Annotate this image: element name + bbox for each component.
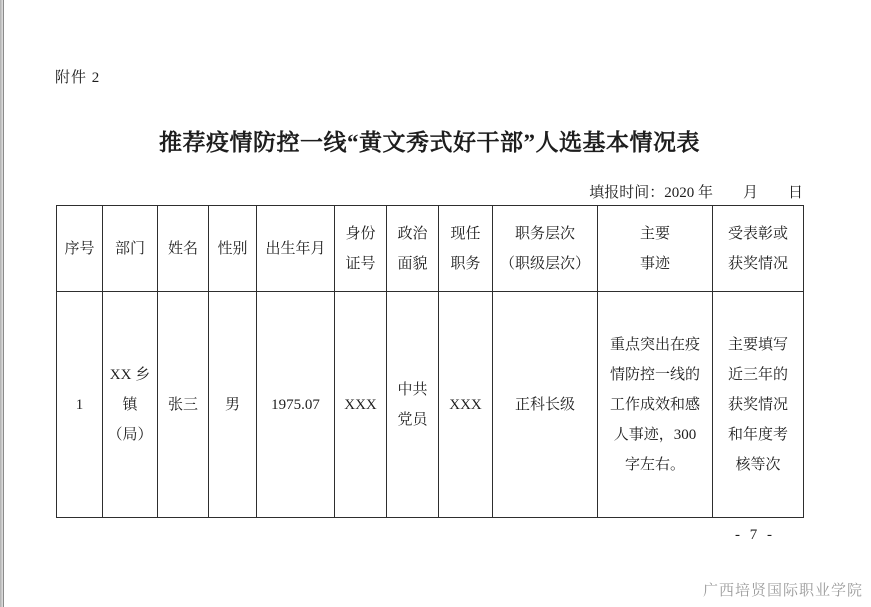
header-name: 姓名 [158, 206, 209, 292]
cell-id-number: XXX [335, 292, 387, 518]
header-awards: 受表彰或 获奖情况 [713, 206, 804, 292]
page-title: 推荐疫情防控一线“黄文秀式好干部”人选基本情况表 [56, 124, 803, 157]
cell-name: 张三 [158, 292, 209, 518]
cell-awards: 主要填写 近三年的 获奖情况 和年度考 核等次 [713, 292, 804, 518]
cell-current-position: XXX [439, 292, 493, 518]
header-position-level: 职务层次 （职级层次） [493, 206, 598, 292]
header-id-number: 身份 证号 [335, 206, 387, 292]
cell-main-deeds: 重点突出在疫 情防控一线的 工作成效和感 人事迹，300 字左右。 [598, 292, 713, 518]
fill-date-line: 填报时间：2020 年 月 日 [56, 181, 803, 202]
header-current-position: 现任 职务 [439, 206, 493, 292]
cell-gender: 男 [209, 292, 257, 518]
header-gender: 性别 [209, 206, 257, 292]
attachment-label: 附件 2 [55, 66, 100, 87]
table-header-row: 序号 部门 姓名 性别 出生年月 身份 证号 政治 面貌 现任 职务 职务层次 … [57, 206, 804, 292]
cell-department: XX 乡 镇 （局） [103, 292, 158, 518]
header-department: 部门 [103, 206, 158, 292]
page-left-edge [0, 0, 4, 607]
header-political-status: 政治 面貌 [387, 206, 439, 292]
header-birth-date: 出生年月 [257, 206, 335, 292]
candidate-info-table: 序号 部门 姓名 性别 出生年月 身份 证号 政治 面貌 现任 职务 职务层次 … [56, 205, 804, 518]
cell-position-level: 正科长级 [493, 292, 598, 518]
page-number: - 7 - [705, 527, 805, 544]
header-main-deeds: 主要 事迹 [598, 206, 713, 292]
cell-political-status: 中共 党员 [387, 292, 439, 518]
header-serial-number: 序号 [57, 206, 103, 292]
cell-serial-number: 1 [57, 292, 103, 518]
cell-birth-date: 1975.07 [257, 292, 335, 518]
table-data-row: 1 XX 乡 镇 （局） 张三 男 1975.07 XXX 中共 党员 XXX … [57, 292, 804, 518]
watermark-school-name: 广西培贤国际职业学院 [703, 579, 863, 600]
